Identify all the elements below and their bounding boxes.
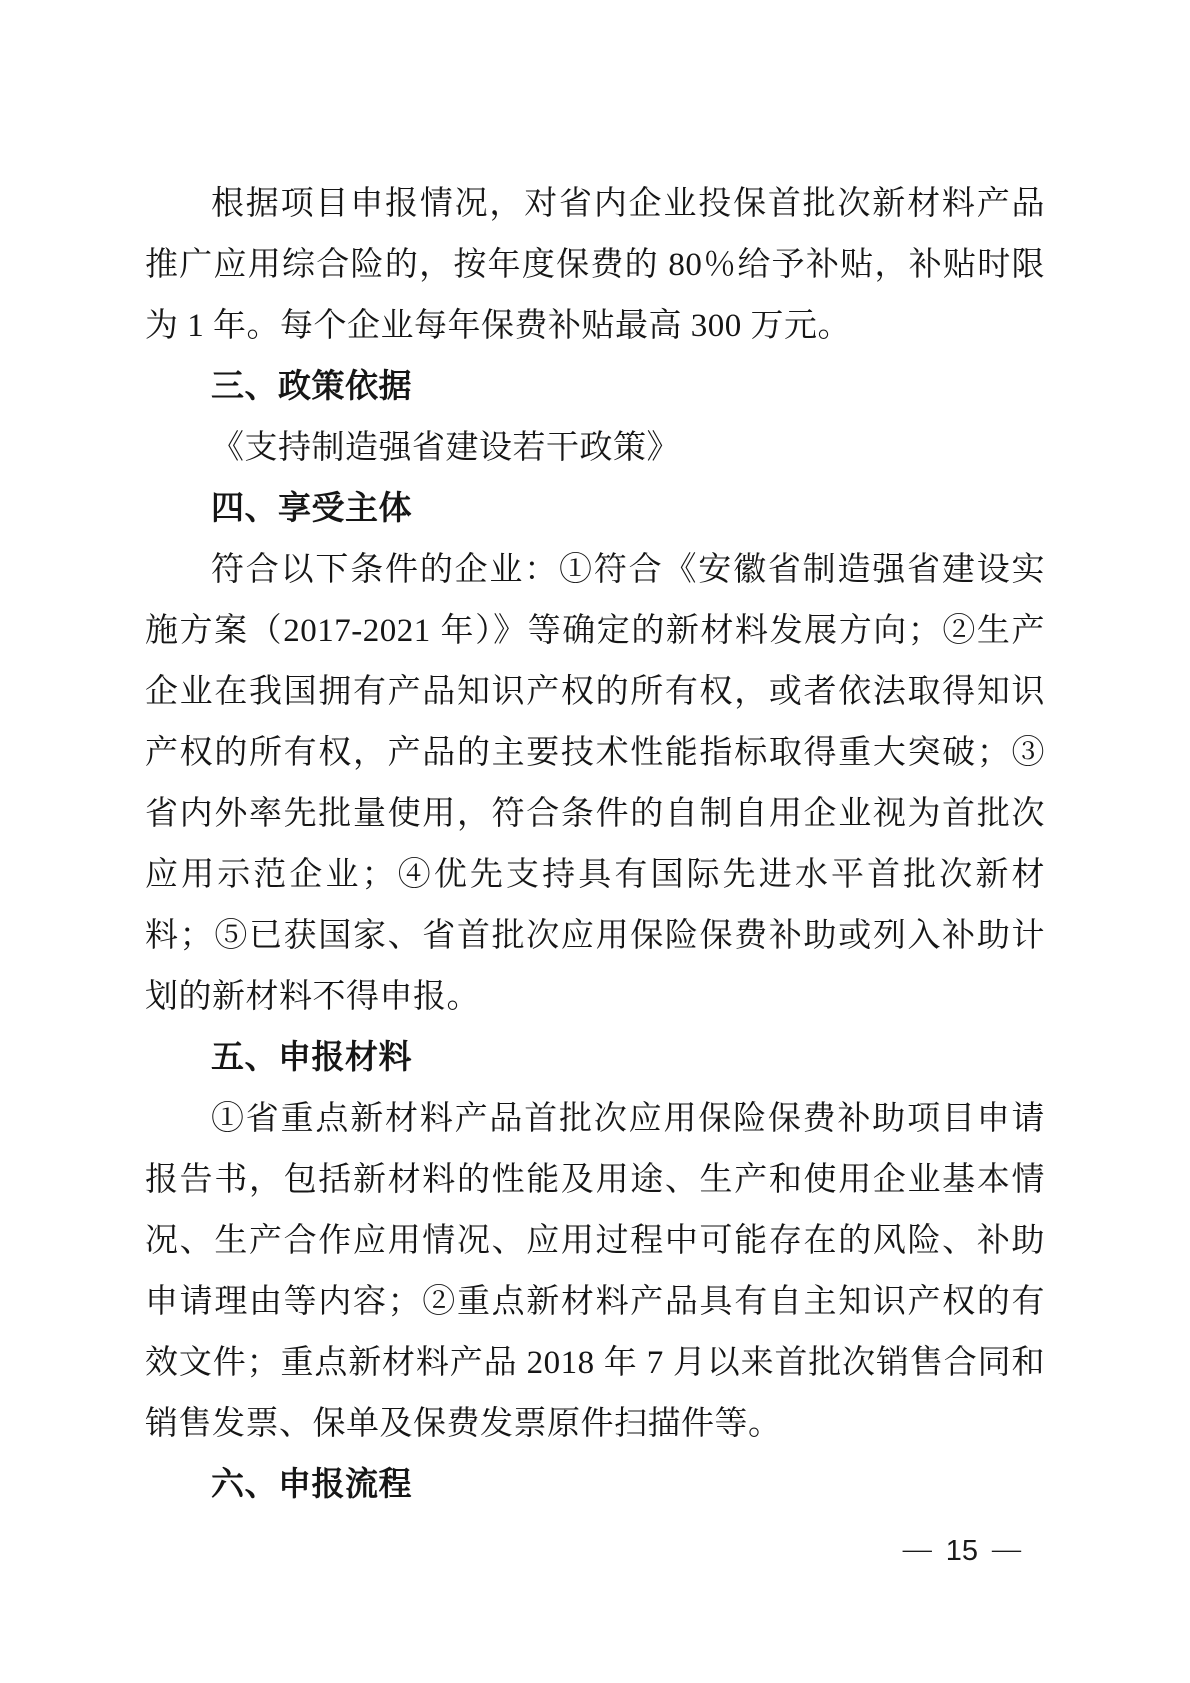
page-footer: —15— xyxy=(889,1534,1035,1568)
paragraph-policy-reference: 《支持制造强省建设若干政策》 xyxy=(145,418,1045,479)
section-heading-application-process: 六、申报流程 xyxy=(145,1455,1045,1516)
document-page: 根据项目申报情况，对省内企业投保首批次新材料产品推广应用综合险的，按年度保费的 … xyxy=(0,0,1190,1683)
footer-dash-right: — xyxy=(978,1533,1035,1565)
section-heading-application-materials: 五、申报材料 xyxy=(145,1028,1045,1089)
paragraph-eligibility-conditions: 符合以下条件的企业：①符合《安徽省制造强省建设实施方案（2017-2021 年）… xyxy=(145,540,1045,1028)
paragraph-subsidy-rule: 根据项目申报情况，对省内企业投保首批次新材料产品推广应用综合险的，按年度保费的 … xyxy=(145,174,1045,357)
section-heading-eligible-entities: 四、享受主体 xyxy=(145,479,1045,540)
section-heading-policy-basis: 三、政策依据 xyxy=(145,357,1045,418)
document-body: 根据项目申报情况，对省内企业投保首批次新材料产品推广应用综合险的，按年度保费的 … xyxy=(145,174,1045,1516)
page-number: 15 xyxy=(946,1535,978,1567)
footer-dash-left: — xyxy=(889,1533,946,1565)
paragraph-application-materials-list: ①省重点新材料产品首批次应用保险保费补助项目申请报告书，包括新材料的性能及用途、… xyxy=(145,1089,1045,1455)
